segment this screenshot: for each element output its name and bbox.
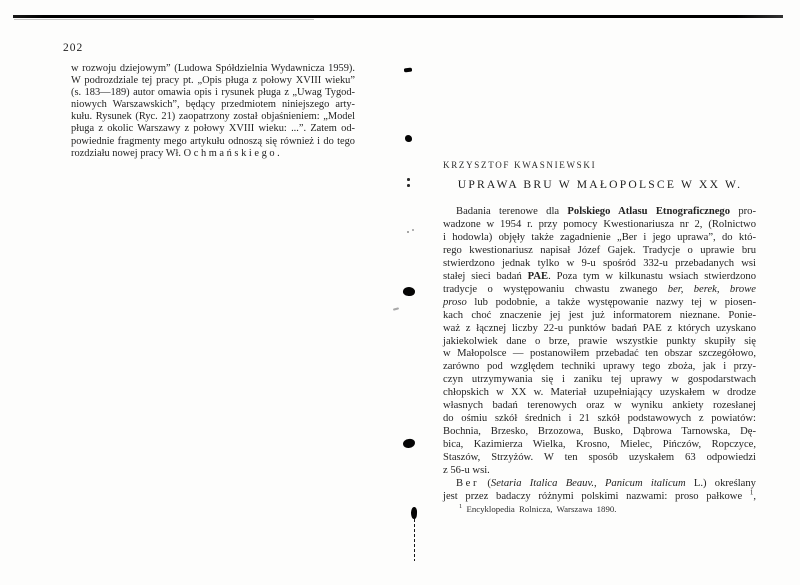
text-line: własnych badań terenowych oraz w wyniku … <box>443 400 756 413</box>
text-line: waż z łącznej liczby 22-u punktów badań … <box>443 323 756 336</box>
text-line: kułu. Rysunek (Ryc. 21) zaopatrzony zost… <box>71 111 355 123</box>
text-line: (s. 183—189) autor omawia opis i rysunek… <box>71 87 355 99</box>
article-title: UPRAWA BRU W MAŁOPOLSCE W XX W. <box>443 178 757 191</box>
binding-ink-mark <box>405 135 412 142</box>
binding-ink-blot <box>403 438 416 448</box>
text-line: w rozwoju dziejowym” (Ludowa Spółdzielni… <box>71 63 355 75</box>
text-line: proso lub podobnie, a także występowanie… <box>443 297 756 310</box>
binding-ink-blot <box>411 507 418 519</box>
text-line: W podrozdziale tej pracy pt. „Opis pługa… <box>71 75 355 87</box>
binding-ink-dot <box>407 178 410 181</box>
text-line: do ośmiu szkół średnich i 21 szkół podst… <box>443 413 756 426</box>
text-line: bica, Kazimierza Wielka, Krosno, Mielec,… <box>443 439 756 452</box>
text-line: stwierdzono jednak tylko w 9-u spośród 3… <box>443 258 756 271</box>
footnote-text: Encyklopedia Rolnicza, Warszawa 1890. <box>466 504 616 514</box>
binding-ink-blot <box>402 286 415 297</box>
text-line: Staszów, Strzyżów. W ten sposób uzyskałe… <box>443 452 756 465</box>
text-line: Bochnia, Brzesko, Brzozowa, Busko, Dąbro… <box>443 426 756 439</box>
binding-ink-smudge <box>393 307 399 310</box>
text-line: powiednie fragmenty mego artykułu odnosz… <box>71 136 355 148</box>
page-number: 202 <box>63 42 83 54</box>
scan-edge-smudge <box>14 19 314 20</box>
footnote: 1 Encyklopedia Rolnicza, Warszawa 1890. <box>459 504 616 514</box>
text-line: stałej sieci badań PAE. Poza tym w kilku… <box>443 271 756 284</box>
article-body: Badania terenowe dla Polskiego Atlasu Et… <box>443 206 756 504</box>
text-line: wadzone w 1954 r. przy pomocy Kwestionar… <box>443 219 756 232</box>
binding-crease-line <box>414 519 416 561</box>
text-line: Ber (Setaria Italica Beauv., Panicum ita… <box>443 478 756 491</box>
binding-ink-mark <box>404 68 412 73</box>
text-line: w Małopolsce — postanowiłem przebadać te… <box>443 348 756 361</box>
text-line: zarówno pod względem techniki uprawy teg… <box>443 361 756 374</box>
text-line: tradycje o występowaniu chwastu zwanego … <box>443 284 756 297</box>
text-line: czyn utrzymywania się i zaniku tej upraw… <box>443 374 756 387</box>
text-line: Badania terenowe dla Polskiego Atlasu Et… <box>443 206 756 219</box>
text-line: jest przez badaczy różnymi polskimi nazw… <box>443 491 756 504</box>
text-line: rego kwestionariusz napisał Józef Gajek.… <box>443 245 756 258</box>
text-line: jakiekolwiek dane o brze, prawie wszystk… <box>443 336 756 349</box>
text-line: pługa z okolic Warszawy z połowy XVIII w… <box>71 123 355 135</box>
scan-edge-bar <box>13 15 783 18</box>
article-author: KRZYSZTOF KWASNIEWSKI <box>443 160 596 170</box>
scanned-page-spread: 202 w rozwoju dziejowym” (Ludowa Spółdzi… <box>0 0 800 585</box>
binding-ink-dot <box>412 229 414 231</box>
text-line: kach choć znaczenie jej jest już informa… <box>443 310 756 323</box>
footnote-marker: 1 <box>459 503 462 510</box>
text-line: z 56-u wsi. <box>443 465 756 478</box>
text-line: rozdziału nowej pracy Wł. Ochmańskiego. <box>71 148 355 160</box>
left-page-paragraph: w rozwoju dziejowym” (Ludowa Spółdzielni… <box>71 63 355 160</box>
text-line: i hodowla) objęły także zagadnienie „Ber… <box>443 232 756 245</box>
text-line: niowych Warszawskich”, będący przedmiote… <box>71 99 355 111</box>
binding-ink-dot <box>407 231 409 233</box>
binding-ink-dot <box>407 184 410 187</box>
text-line: chłopskich w XX w. Materiał uzupełniając… <box>443 387 756 400</box>
